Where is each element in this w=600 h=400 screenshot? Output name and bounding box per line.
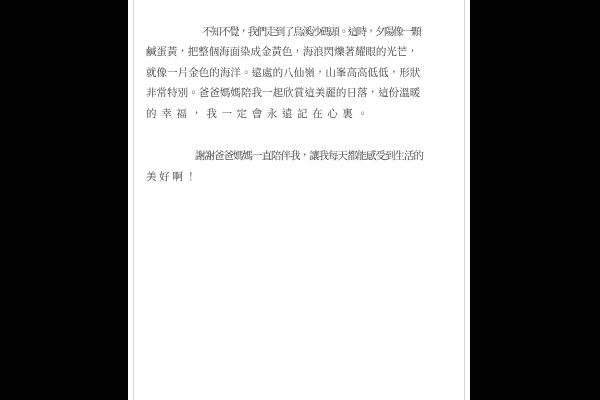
text-line: 的幸福，我一定會永遠記在心裏。 — [146, 108, 373, 121]
document-page: 不知不覺，我們走到了烏溪沙碼頭。這時，夕陽像一顆 鹹蛋黃，把整個海面染成金黃色，… — [128, 0, 470, 400]
text-line: 美好啊！ — [146, 171, 199, 184]
text-line: 不知不覺，我們走到了烏溪沙碼頭。這時，夕陽像一顆 — [146, 26, 420, 39]
text-line: 鹹蛋黃，把整個海面染成金黃色，海浪閃爍著耀眼的光芒， — [146, 46, 418, 59]
text-line: 謝謝爸爸媽媽一直陪伴我，讓我每天都能感受到生活的 — [146, 150, 423, 163]
text-line: 就像一片金色的海洋。遠處的八仙嶺，山峯高高低低，形狀 — [146, 67, 420, 80]
essay-text-block: 不知不覺，我們走到了烏溪沙碼頭。這時，夕陽像一顆 鹹蛋黃，把整個海面染成金黃色，… — [146, 0, 426, 400]
viewer-background: 不知不覺，我們走到了烏溪沙碼頭。這時，夕陽像一顆 鹹蛋黃，把整個海面染成金黃色，… — [0, 0, 600, 400]
text-line: 非常特別。爸爸媽媽陪我一起欣賞這美麗的日落，這份溫暖 — [146, 87, 420, 100]
